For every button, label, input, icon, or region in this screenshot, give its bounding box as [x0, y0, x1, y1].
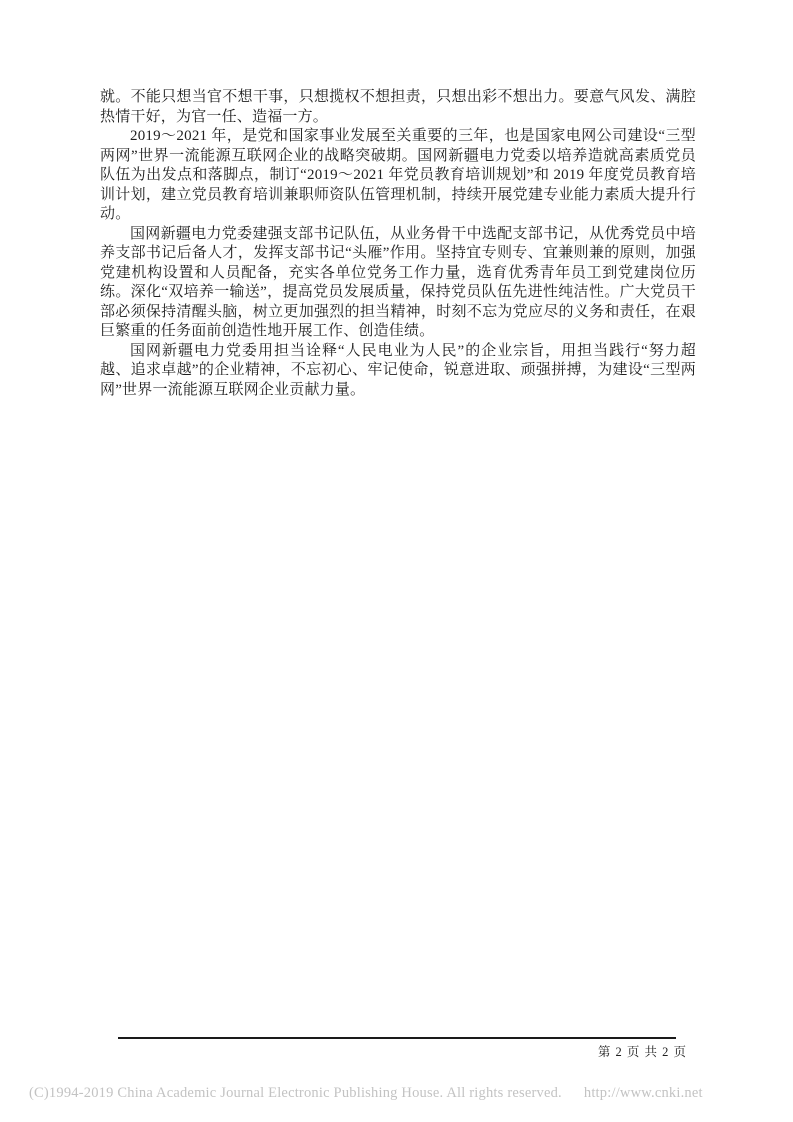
copyright-text: (C)1994-2019 China Academic Journal Elec…: [29, 1085, 562, 1101]
document-page: 就。不能只想当官不想干事，只想揽权不想担责，只想出彩不想出力。要意气风发、满腔热…: [0, 0, 793, 1122]
paragraph: 国网新疆电力党委用担当诠释“人民电业为人民”的企业宗旨，用担当践行“努力超越、追…: [100, 342, 696, 401]
footer-divider: [118, 1037, 676, 1039]
copyright-url: http://www.cnki.net: [584, 1085, 703, 1101]
copyright-notice: (C)1994-2019 China Academic Journal Elec…: [29, 1085, 769, 1102]
document-body: 就。不能只想当官不想干事，只想揽权不想担责，只想出彩不想出力。要意气风发、满腔热…: [100, 88, 696, 400]
page-indicator: 第 2 页 共 2 页: [598, 1042, 687, 1060]
paragraph: 就。不能只想当官不想干事，只想揽权不想担责，只想出彩不想出力。要意气风发、满腔热…: [100, 88, 696, 127]
paragraph: 2019～2021 年，是党和国家事业发展至关重要的三年，也是国家电网公司建设“…: [100, 127, 696, 225]
paragraph: 国网新疆电力党委建强支部书记队伍，从业务骨干中选配支部书记，从优秀党员中培养支部…: [100, 225, 696, 342]
